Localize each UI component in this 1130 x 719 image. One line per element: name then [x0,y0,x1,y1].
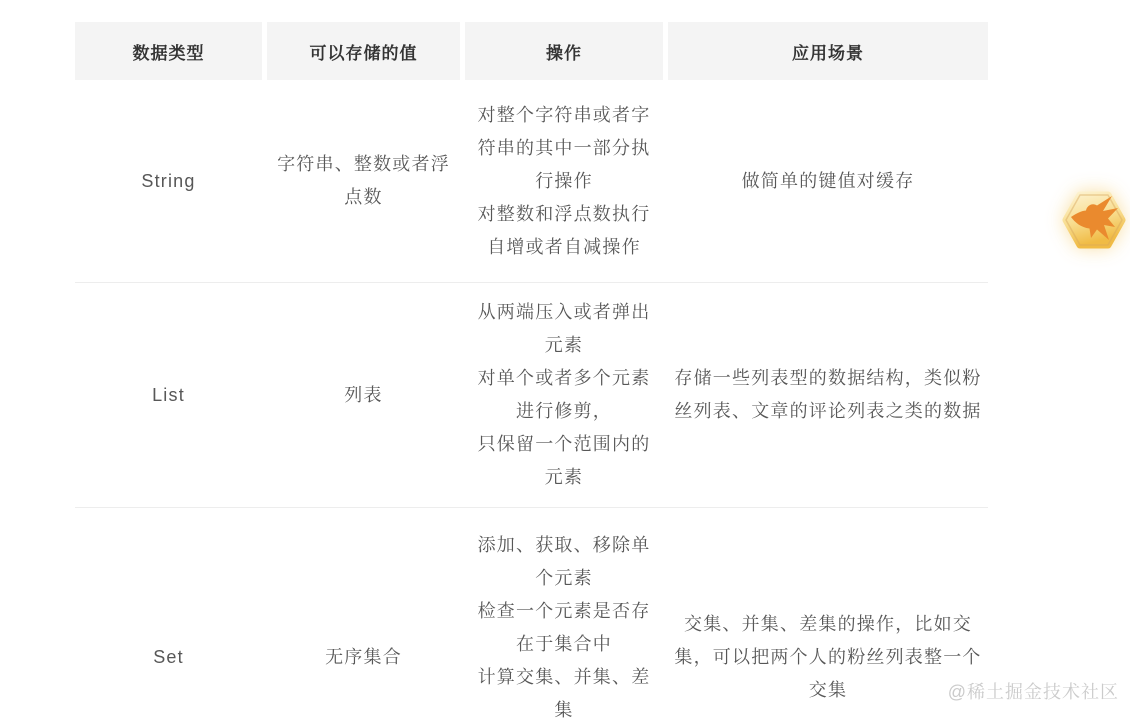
cell-values: 无序集合 [267,508,460,719]
page: 数据类型 可以存储的值 操作 应用场景 String 字符串、整数或者浮点数 对… [0,0,1130,719]
cell-type: List [75,283,262,507]
cell-type: Set [75,508,262,719]
table-row-list: List 列表 从两端压入或者弹出元素对单个或者多个元素进行修剪，只保留一个范围… [75,283,988,508]
table-header-row: 数据类型 可以存储的值 操作 应用场景 [75,22,988,80]
cell-values: 列表 [267,283,460,507]
cell-scenario: 交集、并集、差集的操作，比如交集，可以把两个人的粉丝列表整一个交集 [668,508,988,719]
cell-operations: 对整个字符串或者字符串的其中一部分执行操作对整数和浮点数执行自增或者自减操作 [465,80,663,282]
header-operations: 操作 [465,22,663,80]
table-row-set: Set 无序集合 添加、获取、移除单个元素检查一个元素是否存在于集合中计算交集、… [75,508,988,719]
cell-operations: 添加、获取、移除单个元素检查一个元素是否存在于集合中计算交集、并集、差集 [465,508,663,719]
watermark-text: @稀土掘金技术社区 [948,678,1119,704]
cell-operations: 从两端压入或者弹出元素对单个或者多个元素进行修剪，只保留一个范围内的元素 [465,283,663,507]
table-row-string: String 字符串、整数或者浮点数 对整个字符串或者字符串的其中一部分执行操作… [75,80,988,283]
cell-scenario: 存储一些列表型的数据结构，类似粉丝列表、文章的评论列表之类的数据 [668,283,988,507]
header-storable-values: 可以存储的值 [267,22,460,80]
cell-type: String [75,80,262,282]
redis-datatypes-table: 数据类型 可以存储的值 操作 应用场景 String 字符串、整数或者浮点数 对… [75,22,988,719]
juejin-bird-logo-icon [1062,186,1126,254]
header-use-cases: 应用场景 [668,22,988,80]
cell-values: 字符串、整数或者浮点数 [267,80,460,282]
cell-scenario: 做简单的键值对缓存 [668,80,988,282]
header-data-type: 数据类型 [75,22,262,80]
